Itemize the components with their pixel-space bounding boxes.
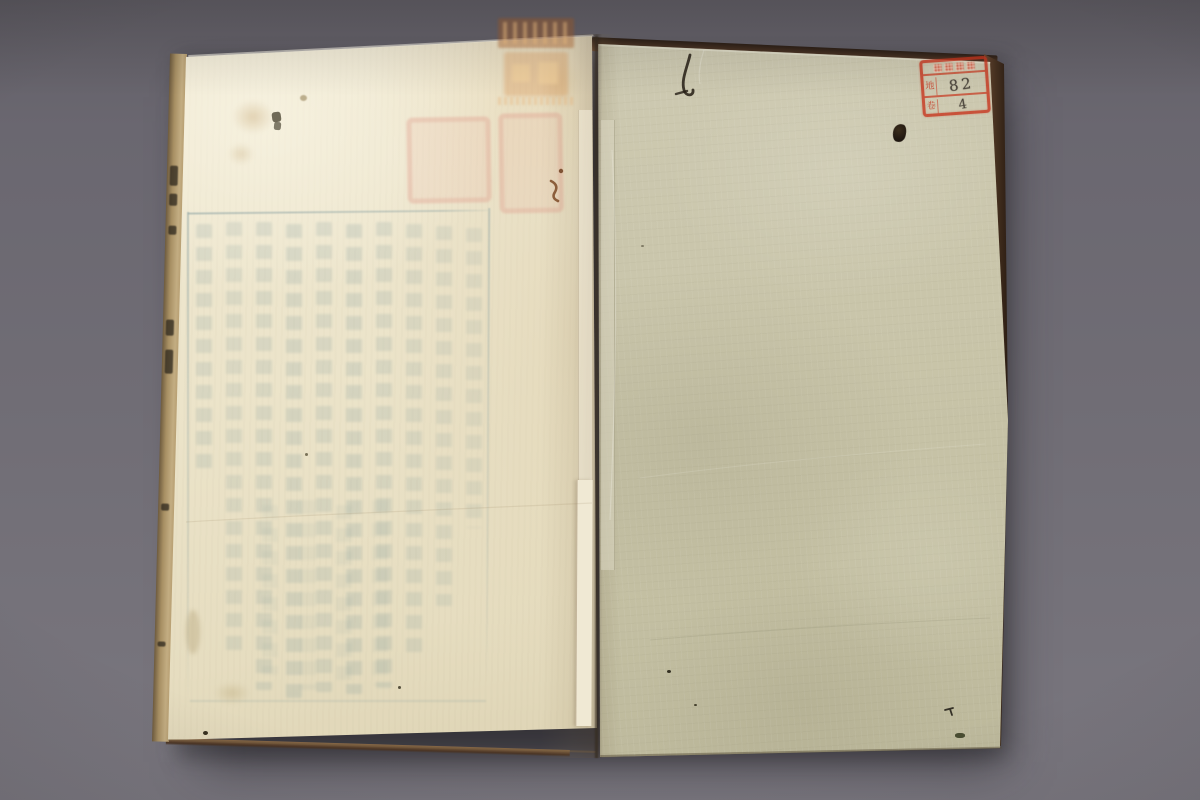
photo-scene: 地 82 卷 4 bbox=[0, 0, 1200, 800]
digitization-watermark-seal bbox=[504, 52, 568, 96]
stamp-row-2: 卷 4 bbox=[925, 96, 988, 114]
digitization-watermark-caption bbox=[498, 97, 574, 105]
library-stamp: 地 82 卷 4 bbox=[919, 56, 991, 118]
stamp-row1-value: 82 bbox=[936, 72, 987, 97]
digitization-watermark-upper bbox=[498, 18, 574, 48]
ink-strokes-and-creases bbox=[0, 0, 1200, 800]
